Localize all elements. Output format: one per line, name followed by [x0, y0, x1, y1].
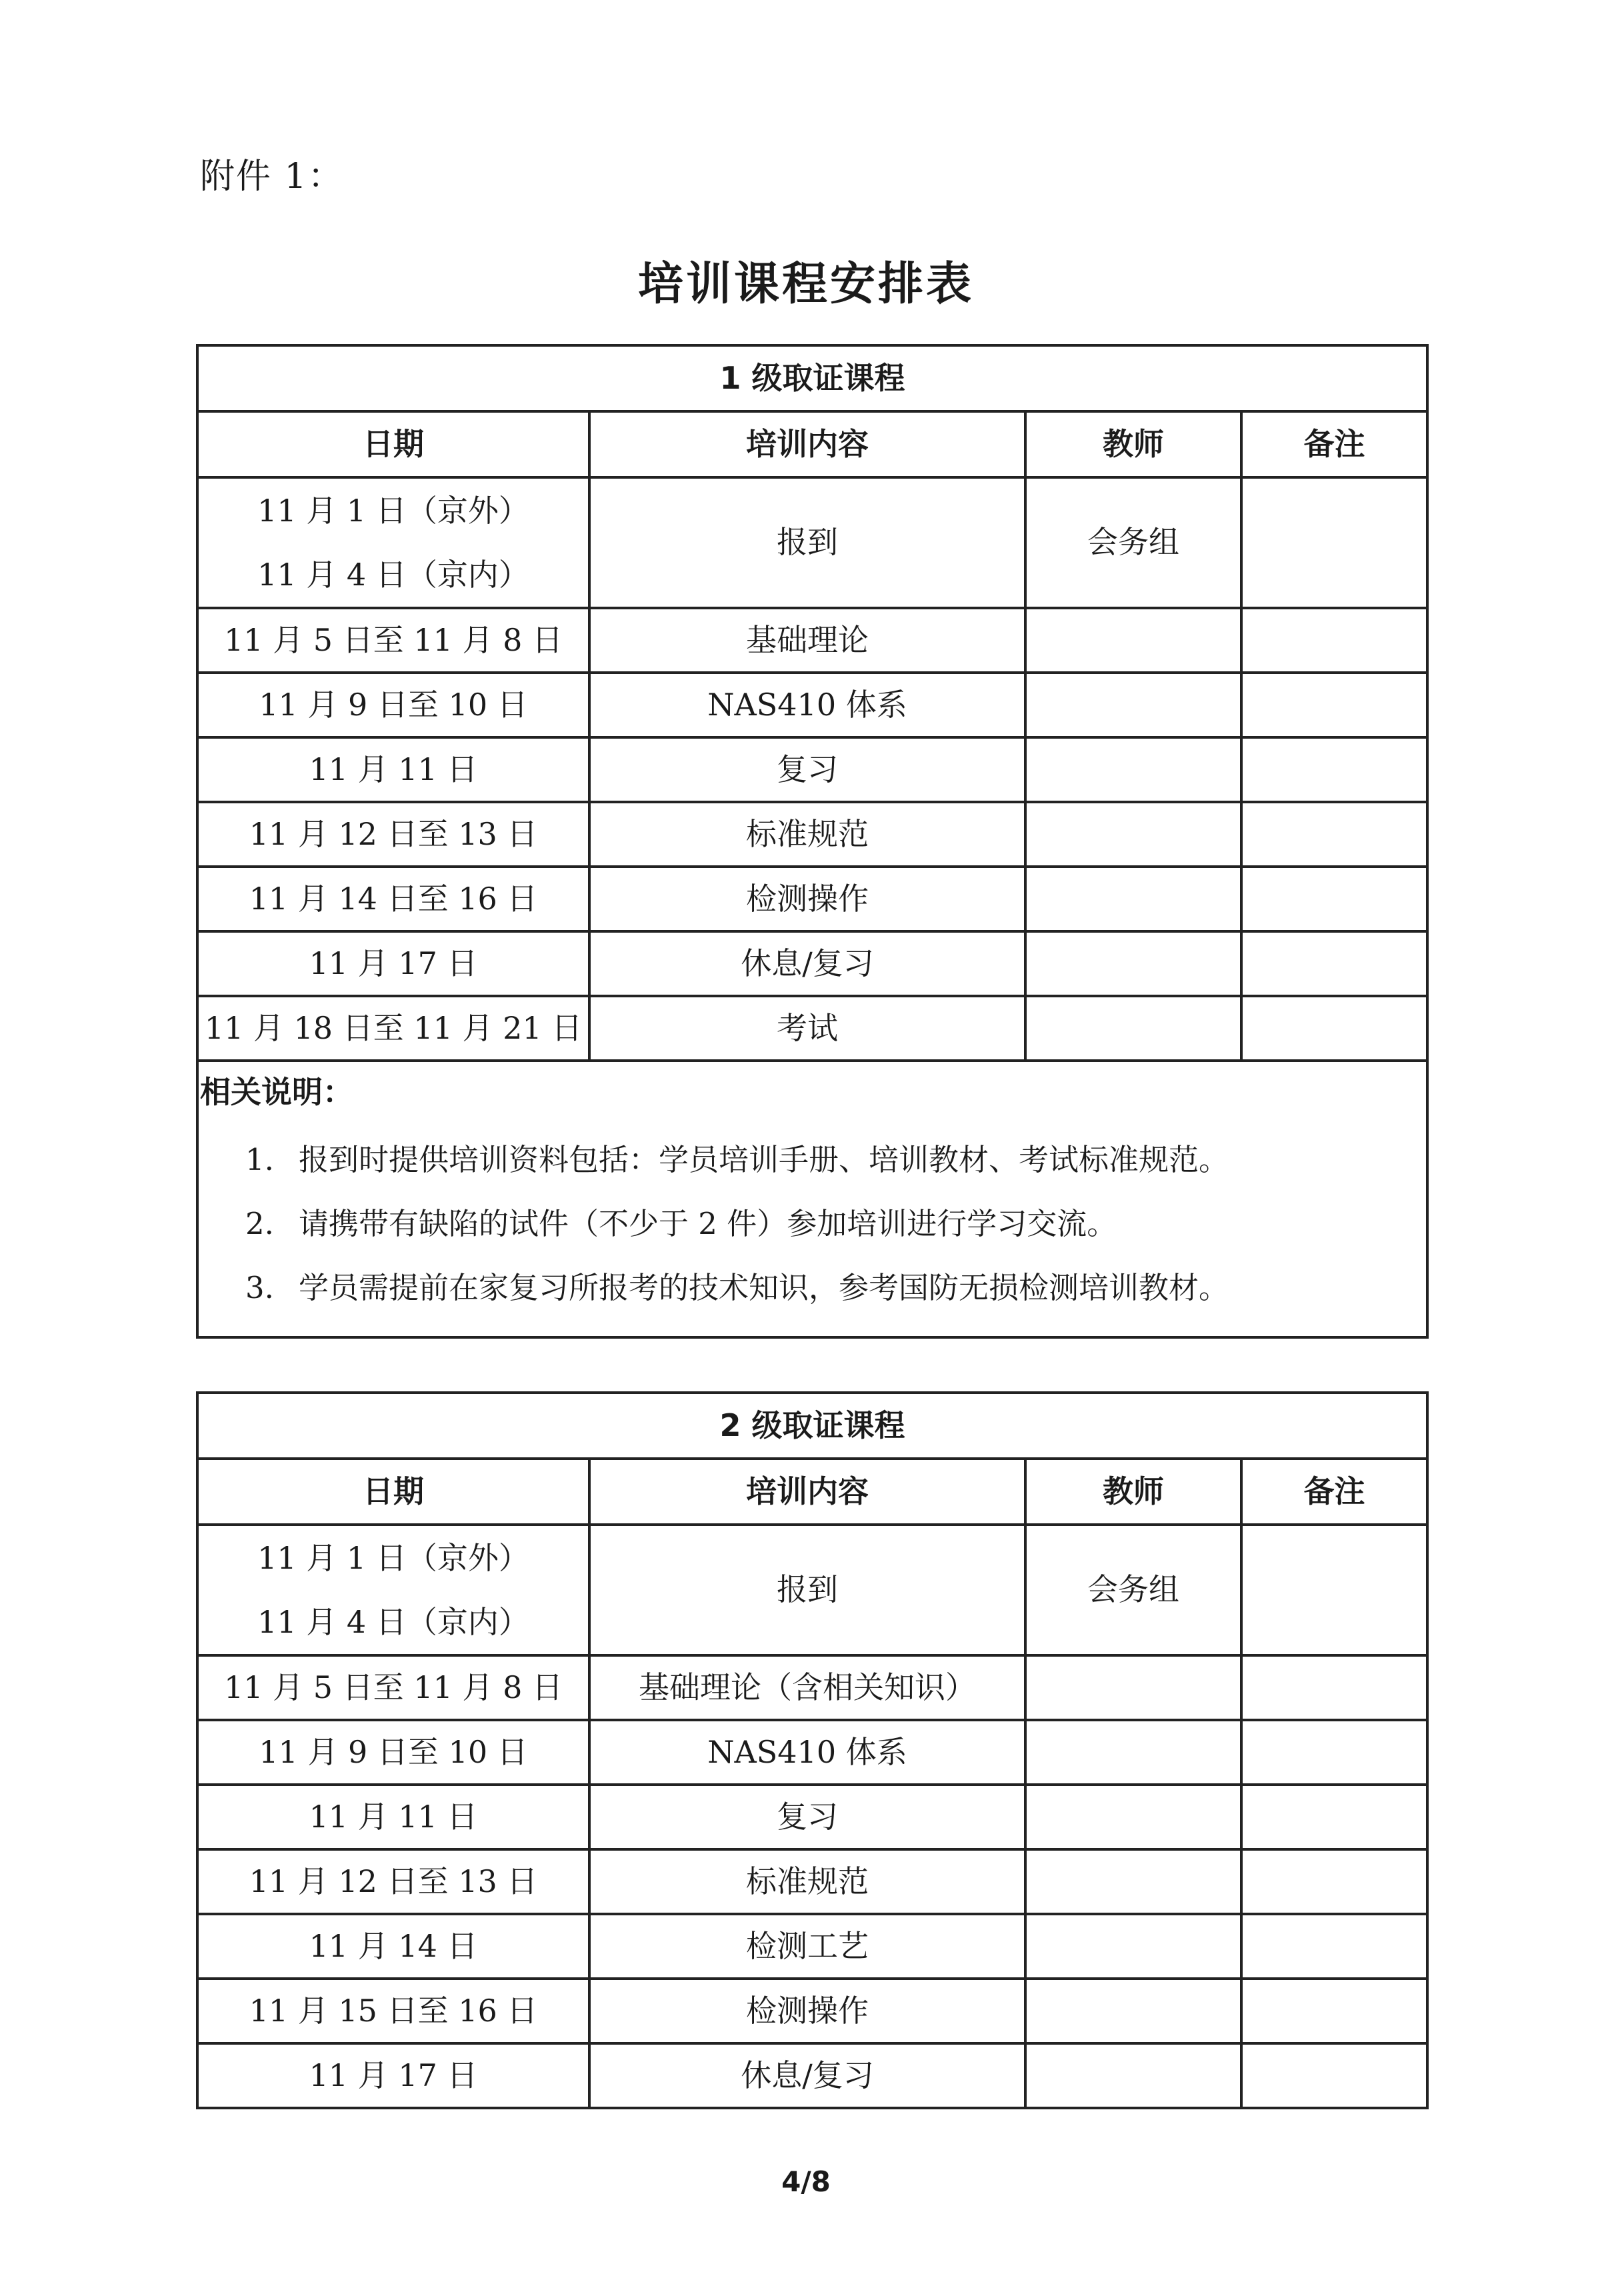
- note-number: 2.: [245, 1192, 299, 1256]
- content-cell: 报到: [589, 1525, 1025, 1655]
- date-cell: 11 月 5 日至 11 月 8 日: [197, 1655, 589, 1720]
- table-row: 11 月 15 日至 16 日 检测操作: [197, 1979, 1427, 2043]
- note-number: 1.: [245, 1128, 299, 1192]
- table-row: 11 月 5 日至 11 月 8 日 基础理论（含相关知识）: [197, 1655, 1427, 1720]
- column-header-content: 培训内容: [589, 411, 1025, 477]
- table-row: 11 月 9 日至 10 日 NAS410 体系: [197, 1720, 1427, 1785]
- table-row: 11 月 14 日 检测工艺: [197, 1914, 1427, 1979]
- teacher-cell: [1025, 1720, 1241, 1785]
- table-row: 11 月 5 日至 11 月 8 日 基础理论: [197, 608, 1427, 673]
- level2-schedule-table: 2 级取证课程 日期 培训内容 教师 备注 11 月 1 日（京外） 11 月 …: [196, 1391, 1429, 2109]
- date-cell: 11 月 14 日至 16 日: [197, 867, 589, 931]
- table-caption: 2 级取证课程: [197, 1393, 1427, 1459]
- remark-cell: [1241, 931, 1427, 996]
- date-cell: 11 月 1 日（京外） 11 月 4 日（京内）: [197, 1525, 589, 1655]
- remark-cell: [1241, 1914, 1427, 1979]
- table-row: 11 月 9 日至 10 日 NAS410 体系: [197, 673, 1427, 737]
- table-row: 11 月 12 日至 13 日 标准规范: [197, 802, 1427, 867]
- date-cell: 11 月 9 日至 10 日: [197, 673, 589, 737]
- date-cell: 11 月 12 日至 13 日: [197, 802, 589, 867]
- remark-cell: [1241, 737, 1427, 802]
- level1-schedule-table: 1 级取证课程 日期 培训内容 教师 备注 11 月 1 日（京外） 11 月 …: [196, 344, 1429, 1339]
- table-row: 11 月 1 日（京外） 11 月 4 日（京内） 报到 会务组: [197, 477, 1427, 608]
- page-number: 4/8: [0, 2165, 1612, 2198]
- note-item: 1.报到时提供培训资料包括：学员培训手册、培训教材、考试标准规范。: [245, 1128, 1426, 1192]
- column-header-content: 培训内容: [589, 1459, 1025, 1525]
- date-cell: 11 月 18 日至 11 月 21 日: [197, 996, 589, 1061]
- remark-cell: [1241, 1720, 1427, 1785]
- content-cell: 基础理论: [589, 608, 1025, 673]
- remark-cell: [1241, 1785, 1427, 1849]
- table-row: 11 月 1 日（京外） 11 月 4 日（京内） 报到 会务组: [197, 1525, 1427, 1655]
- teacher-cell: [1025, 1655, 1241, 1720]
- remark-cell: [1241, 477, 1427, 608]
- column-header-teacher: 教师: [1025, 1459, 1241, 1525]
- remark-cell: [1241, 1525, 1427, 1655]
- date-line: 11 月 1 日（京外）: [199, 479, 588, 543]
- remark-cell: [1241, 1655, 1427, 1720]
- content-cell: 基础理论（含相关知识）: [589, 1655, 1025, 1720]
- date-cell: 11 月 17 日: [197, 2043, 589, 2108]
- content-cell: 检测操作: [589, 867, 1025, 931]
- teacher-cell: [1025, 1785, 1241, 1849]
- date-cell: 11 月 17 日: [197, 931, 589, 996]
- note-text: 报到时提供培训资料包括：学员培训手册、培训教材、考试标准规范。: [299, 1142, 1229, 1177]
- content-cell: 报到: [589, 477, 1025, 608]
- content-cell: NAS410 体系: [589, 673, 1025, 737]
- date-line: 11 月 4 日（京内）: [199, 1590, 588, 1654]
- notes-heading: 相关说明：: [200, 1074, 1426, 1111]
- teacher-cell: [1025, 1979, 1241, 2043]
- content-cell: NAS410 体系: [589, 1720, 1025, 1785]
- teacher-cell: [1025, 996, 1241, 1061]
- remark-cell: [1241, 1849, 1427, 1914]
- column-header-remark: 备注: [1241, 411, 1427, 477]
- notes-row: 相关说明： 1.报到时提供培训资料包括：学员培训手册、培训教材、考试标准规范。 …: [197, 1061, 1427, 1337]
- remark-cell: [1241, 802, 1427, 867]
- date-cell: 11 月 15 日至 16 日: [197, 1979, 589, 2043]
- table-caption: 1 级取证课程: [197, 345, 1427, 411]
- table-row: 11 月 14 日至 16 日 检测操作: [197, 867, 1427, 931]
- remark-cell: [1241, 867, 1427, 931]
- teacher-cell: [1025, 931, 1241, 996]
- table-row: 11 月 17 日 休息/复习: [197, 931, 1427, 996]
- remark-cell: [1241, 1979, 1427, 2043]
- table-row: 11 月 11 日 复习: [197, 1785, 1427, 1849]
- date-cell: 11 月 12 日至 13 日: [197, 1849, 589, 1914]
- document-title: 培训课程安排表: [0, 248, 1612, 313]
- teacher-cell: [1025, 1914, 1241, 1979]
- column-header-date: 日期: [197, 1459, 589, 1525]
- content-cell: 休息/复习: [589, 931, 1025, 996]
- teacher-cell: [1025, 867, 1241, 931]
- note-item: 3.学员需提前在家复习所报考的技术知识，参考国防无损检测培训教材。: [245, 1256, 1426, 1320]
- teacher-cell: [1025, 737, 1241, 802]
- date-line: 11 月 1 日（京外）: [199, 1526, 588, 1590]
- teacher-cell: 会务组: [1025, 477, 1241, 608]
- column-header-date: 日期: [197, 411, 589, 477]
- teacher-cell: [1025, 673, 1241, 737]
- remark-cell: [1241, 2043, 1427, 2108]
- date-cell: 11 月 9 日至 10 日: [197, 1720, 589, 1785]
- date-cell: 11 月 5 日至 11 月 8 日: [197, 608, 589, 673]
- note-number: 3.: [245, 1256, 299, 1320]
- remark-cell: [1241, 608, 1427, 673]
- table-row: 11 月 12 日至 13 日 标准规范: [197, 1849, 1427, 1914]
- column-header-teacher: 教师: [1025, 411, 1241, 477]
- table-row: 11 月 18 日至 11 月 21 日 考试: [197, 996, 1427, 1061]
- date-cell: 11 月 11 日: [197, 737, 589, 802]
- table-row: 11 月 11 日 复习: [197, 737, 1427, 802]
- content-cell: 检测操作: [589, 1979, 1025, 2043]
- teacher-cell: [1025, 1849, 1241, 1914]
- note-item: 2.请携带有缺陷的试件（不少于 2 件）参加培训进行学习交流。: [245, 1192, 1426, 1256]
- content-cell: 检测工艺: [589, 1914, 1025, 1979]
- content-cell: 休息/复习: [589, 2043, 1025, 2108]
- date-cell: 11 月 14 日: [197, 1914, 589, 1979]
- content-cell: 复习: [589, 1785, 1025, 1849]
- remark-cell: [1241, 673, 1427, 737]
- table-row: 11 月 17 日 休息/复习: [197, 2043, 1427, 2108]
- column-header-remark: 备注: [1241, 1459, 1427, 1525]
- content-cell: 考试: [589, 996, 1025, 1061]
- notes-cell: 相关说明： 1.报到时提供培训资料包括：学员培训手册、培训教材、考试标准规范。 …: [197, 1061, 1427, 1337]
- teacher-cell: [1025, 802, 1241, 867]
- note-text: 学员需提前在家复习所报考的技术知识，参考国防无损检测培训教材。: [299, 1270, 1229, 1305]
- remark-cell: [1241, 996, 1427, 1061]
- attachment-label: 附件 1：: [200, 148, 344, 198]
- content-cell: 复习: [589, 737, 1025, 802]
- date-cell: 11 月 11 日: [197, 1785, 589, 1849]
- teacher-cell: 会务组: [1025, 1525, 1241, 1655]
- note-text: 请携带有缺陷的试件（不少于 2 件）参加培训进行学习交流。: [299, 1206, 1117, 1241]
- teacher-cell: [1025, 2043, 1241, 2108]
- content-cell: 标准规范: [589, 1849, 1025, 1914]
- date-line: 11 月 4 日（京内）: [199, 543, 588, 607]
- teacher-cell: [1025, 608, 1241, 673]
- content-cell: 标准规范: [589, 802, 1025, 867]
- date-cell: 11 月 1 日（京外） 11 月 4 日（京内）: [197, 477, 589, 608]
